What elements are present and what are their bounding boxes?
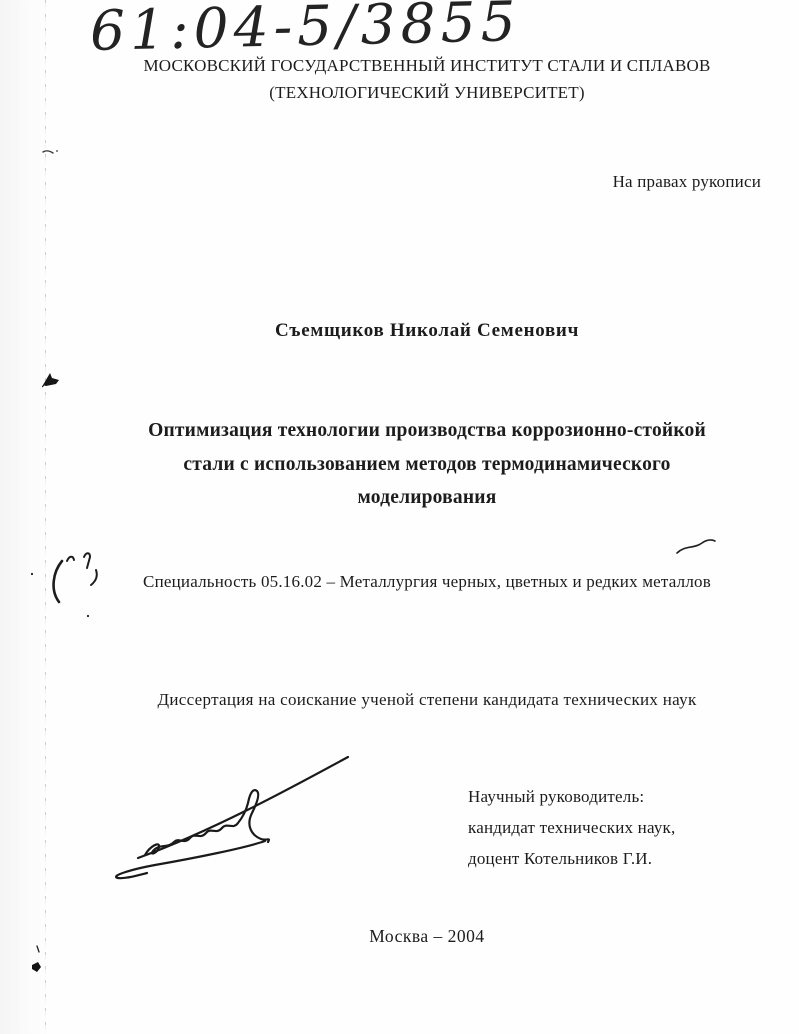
signature [95,745,455,880]
title-line1: Оптимизация технологии производства корр… [55,414,799,448]
bottom-specks [28,938,50,980]
institute-name: МОСКОВСКИЙ ГОСУДАРСТВЕННЫЙ ИНСТИТУТ СТАЛ… [55,52,799,106]
dissertation-title: Оптимизация технологии производства корр… [55,414,799,515]
title-line3: моделирования [55,481,799,515]
manuscript-rights-note: На правах рукописи [613,172,761,192]
thesis-statement: Диссертация на соискание ученой степени … [55,690,799,710]
ink-blot-mark [42,368,64,388]
title-line2: стали с использованием методов термодина… [55,448,799,482]
author-name: Съемщиков Николай Семенович [55,320,799,342]
institute-line2: (ТЕХНОЛОГИЧЕСКИЙ УНИВЕРСИТЕТ) [55,79,799,106]
specialty-line: Специальность 05.16.02 – Металлургия чер… [55,572,799,592]
supervisor-label: Научный руководитель: [468,781,675,812]
supervisor-name: доцент Котельников Г.И. [468,843,675,874]
supervisor-degree: кандидат технических наук, [468,812,675,843]
supervisor-block: Научный руководитель: кандидат техническ… [468,781,675,874]
dissertation-title-page: 61:04-5/3855 МОСКОВСКИЙ ГОСУДАРСТВЕННЫЙ … [0,0,799,1034]
pen-curl-mark [670,534,725,560]
dash-speck [40,146,60,160]
city-year: Москва – 2004 [55,926,799,947]
handwritten-margin-mark [28,548,108,628]
institute-line1: МОСКОВСКИЙ ГОСУДАРСТВЕННЫЙ ИНСТИТУТ СТАЛ… [55,52,799,79]
